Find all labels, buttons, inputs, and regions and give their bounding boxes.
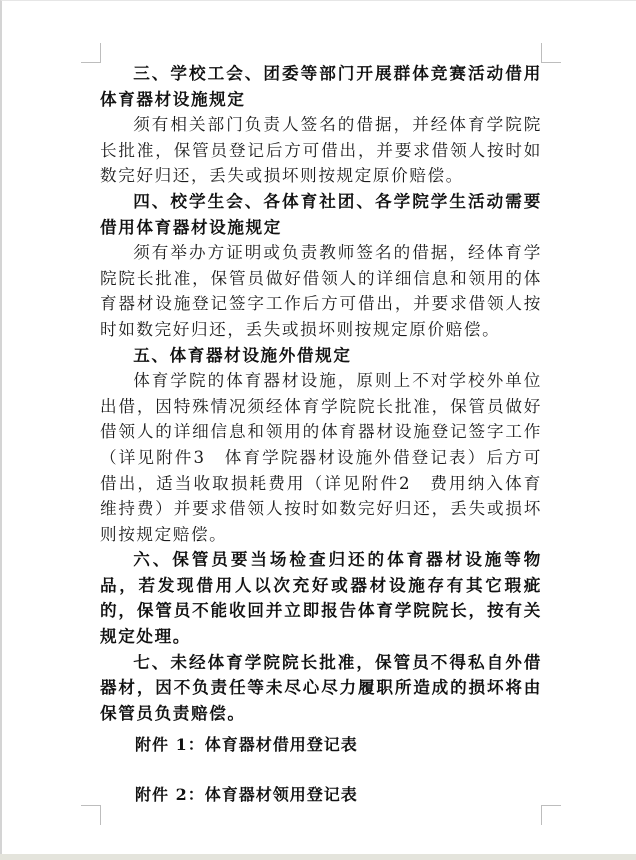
section-heading-3: 三、学校工会、团委等部门开展群体竞赛活动借用体育器材设施规定 <box>100 61 542 112</box>
attachment-1: 附件 1：体育器材借用登记表 <box>135 732 358 755</box>
section-body-3: 须有相关部门负责人签名的借据，并经体育学院院长批准，保管员登记后方可借出，并要求… <box>100 112 542 189</box>
margin-corner-bottom-right <box>541 805 561 825</box>
document-body: 三、学校工会、团委等部门开展群体竞赛活动借用体育器材设施规定 须有相关部门负责人… <box>100 61 542 726</box>
margin-corner-bottom-left <box>81 805 101 825</box>
section-heading-4: 四、校学生会、各体育社团、各学院学生活动需要借用体育器材设施规定 <box>100 189 542 240</box>
section-7: 七、未经体育学院院长批准，保管员不得私自外借器材，因不负责任等未尽心尽力履职所造… <box>100 650 542 727</box>
attachment-2: 附件 2：体育器材领用登记表 <box>135 782 358 805</box>
document-page: 三、学校工会、团委等部门开展群体竞赛活动借用体育器材设施规定 须有相关部门负责人… <box>0 0 636 854</box>
margin-corner-top-right <box>541 43 561 63</box>
margin-corner-top-left <box>81 43 101 63</box>
section-6: 六、保管员要当场检查归还的体育器材设施等物品，若发现借用人以次充好或器材设施存有… <box>100 547 542 649</box>
section-heading-5: 五、体育器材设施外借规定 <box>100 343 542 369</box>
section-body-5: 体育学院的体育器材设施，原则上不对学校外单位出借，因特殊情况须经体育学院院长批准… <box>100 368 542 547</box>
section-body-4: 须有举办方证明或负责教师签名的借据，经体育学院院长批准，保管员做好借领人的详细信… <box>100 240 542 342</box>
